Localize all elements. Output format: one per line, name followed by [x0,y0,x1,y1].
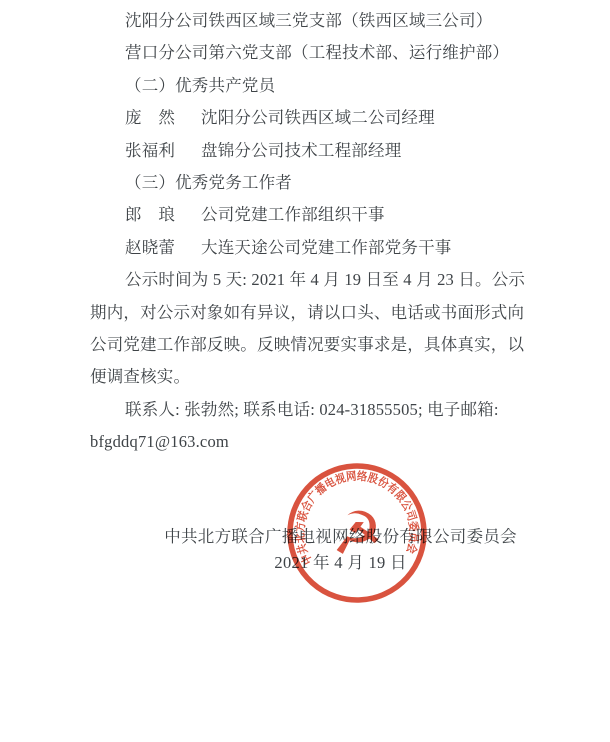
document-page: 沈阳分公司铁西区域三党支部（铁西区域三公司） 营口分公司第六党支部（工程技术部、… [0,0,610,742]
award-entry: 赵晓蕾大连天途公司党建工作部党务干事 [90,232,526,264]
publicity-period-line: 公示时间为 5 天: 2021 年 4 月 19 日至 4 月 23 日。公示 [90,264,526,296]
awardee-name: 郎 琅 [125,199,201,231]
section-heading-excellent-party-members: （二）优秀共产党员 [90,70,526,102]
awardee-name: 赵晓蕾 [125,232,201,264]
awardee-name: 庞 然 [125,102,201,134]
publicity-period-line: 期内，对公示对象如有异议，请以口头、电话或书面形式向 [90,297,526,329]
notice-body: 沈阳分公司铁西区域三党支部（铁西区域三公司） 营口分公司第六党支部（工程技术部、… [90,5,526,458]
section-heading-excellent-party-workers: （三）优秀党务工作者 [90,167,526,199]
publicity-period-line: 便调查核实。 [90,361,526,393]
publicity-period-line: 公司党建工作部反映。反映情况要实事求是，具体真实，以 [90,329,526,361]
signature-block: 中共北方联合广播电视网络股份有限公司委员会 2021 年 4 月 19 日 [164,524,517,576]
award-entry: 庞 然沈阳分公司铁西区域二公司经理 [90,102,526,134]
award-entry: 张福利盘锦分公司技术工程部经理 [90,135,526,167]
awardee-title: 大连天途公司党建工作部党务干事 [201,238,452,257]
committee-name: 中共北方联合广播电视网络股份有限公司委员会 [164,524,517,550]
signature-date: 2021 年 4 月 19 日 [164,550,517,576]
awardee-title: 沈阳分公司铁西区域二公司经理 [201,108,435,127]
awardee-name: 张福利 [125,135,201,167]
awardee-title: 盘锦分公司技术工程部经理 [201,141,401,160]
branch-line: 沈阳分公司铁西区域三党支部（铁西区域三公司） [90,5,526,37]
contact-info-line: 联系人: 张勃然; 联系电话: 024-31855505; 电子邮箱: [90,394,526,426]
contact-email: bfgddq71@163.com [90,426,526,458]
branch-line: 营口分公司第六党支部（工程技术部、运行维护部） [90,37,526,69]
award-entry: 郎 琅公司党建工作部组织干事 [90,199,526,231]
awardee-title: 公司党建工作部组织干事 [201,205,385,224]
